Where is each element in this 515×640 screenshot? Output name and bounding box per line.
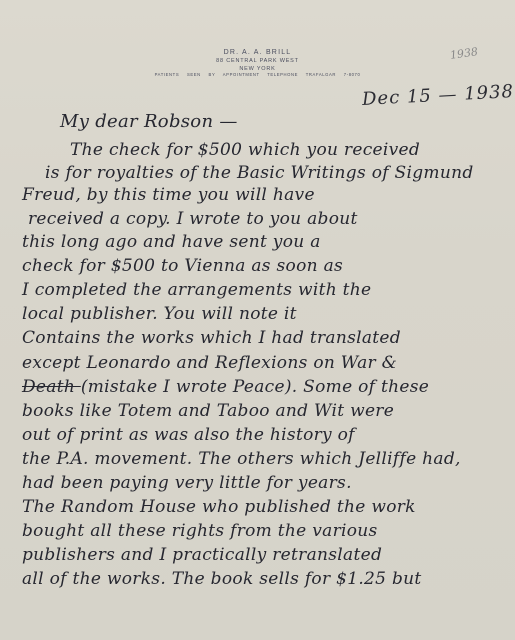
- letter-line: had been paying very little for years.: [22, 473, 352, 493]
- letter-line: publishers and I practically retranslate…: [22, 545, 382, 565]
- letter-line-text: except Leonardo and Reflexions on War &: [22, 353, 397, 373]
- letterhead-footer: PATIENTS SEEN BY APPOINTMENT TELEPHONE T…: [0, 72, 515, 77]
- letter-line-text: out of print as was also the history of: [22, 425, 355, 445]
- letterhead-name: DR. A. A. BRILL: [0, 48, 515, 57]
- letterhead: DR. A. A. BRILL 88 CENTRAL PARK WEST NEW…: [0, 48, 515, 73]
- letter-line: this long ago and have sent you a: [22, 232, 321, 252]
- letter-line: the P.A. movement. The others which Jell…: [22, 449, 461, 469]
- letter-line: Freud, by this time you will have: [22, 185, 315, 205]
- letter-page: DR. A. A. BRILL 88 CENTRAL PARK WEST NEW…: [0, 0, 515, 640]
- letter-line-text: (mistake I wrote Peace). Some of these: [81, 377, 429, 397]
- letter-line-text: all of the works. The book sells for $1.…: [22, 569, 422, 589]
- letter-line: bought all these rights from the various: [22, 521, 378, 541]
- letter-line: check for $500 to Vienna as soon as: [22, 256, 343, 276]
- letter-line: out of print as was also the history of: [22, 425, 355, 445]
- letterhead-address: 88 CENTRAL PARK WEST: [0, 57, 515, 65]
- letter-line: all of the works. The book sells for $1.…: [22, 569, 422, 589]
- letter-line-text: publishers and I practically retranslate…: [22, 545, 382, 565]
- letter-line-text: Contains the works which I had translate…: [22, 328, 401, 348]
- letter-line-text: had been paying very little for years.: [22, 473, 352, 493]
- letter-line-text: Freud, by this time you will have: [22, 185, 315, 205]
- letter-line-text: check for $500 to Vienna as soon as: [22, 256, 343, 276]
- letterhead-telephone: TELEPHONE TRAFALGAR 7-8070: [267, 72, 360, 77]
- letter-line: except Leonardo and Reflexions on War &: [22, 353, 397, 373]
- letter-line-text: the P.A. movement. The others which Jell…: [22, 449, 461, 469]
- letter-line-text: is for royalties of the Basic Writings o…: [45, 163, 474, 183]
- letter-line-text: received a copy. I wrote to you about: [28, 209, 358, 229]
- letter-line: I completed the arrangements with the: [22, 280, 371, 300]
- letter-line: books like Totem and Taboo and Wit were: [22, 401, 394, 421]
- salutation: My dear Robson —: [60, 112, 238, 132]
- letter-line-text: I completed the arrangements with the: [22, 280, 371, 300]
- letter-line: The check for $500 which you received: [70, 140, 420, 160]
- letter-line-text: books like Totem and Taboo and Wit were: [22, 401, 394, 421]
- letter-line-text: this long ago and have sent you a: [22, 232, 321, 252]
- letter-line: Contains the works which I had translate…: [22, 328, 401, 348]
- struck-word: Death: [22, 377, 81, 397]
- letter-line-text: The Random House who published the work: [22, 497, 416, 517]
- letter-line: is for royalties of the Basic Writings o…: [45, 163, 474, 183]
- letter-date: Dec 15 — 1938: [362, 81, 515, 110]
- letter-line: local publisher. You will note it: [22, 304, 297, 324]
- letter-line: received a copy. I wrote to you about: [28, 209, 358, 229]
- letterhead-appointment-note: PATIENTS SEEN BY APPOINTMENT: [155, 72, 260, 77]
- letter-line: Death (mistake I wrote Peace). Some of t…: [22, 377, 429, 397]
- letter-line-text: local publisher. You will note it: [22, 304, 297, 324]
- letter-line-text: The check for $500 which you received: [70, 140, 420, 160]
- letter-line-text: bought all these rights from the various: [22, 521, 378, 541]
- letter-line: The Random House who published the work: [22, 497, 416, 517]
